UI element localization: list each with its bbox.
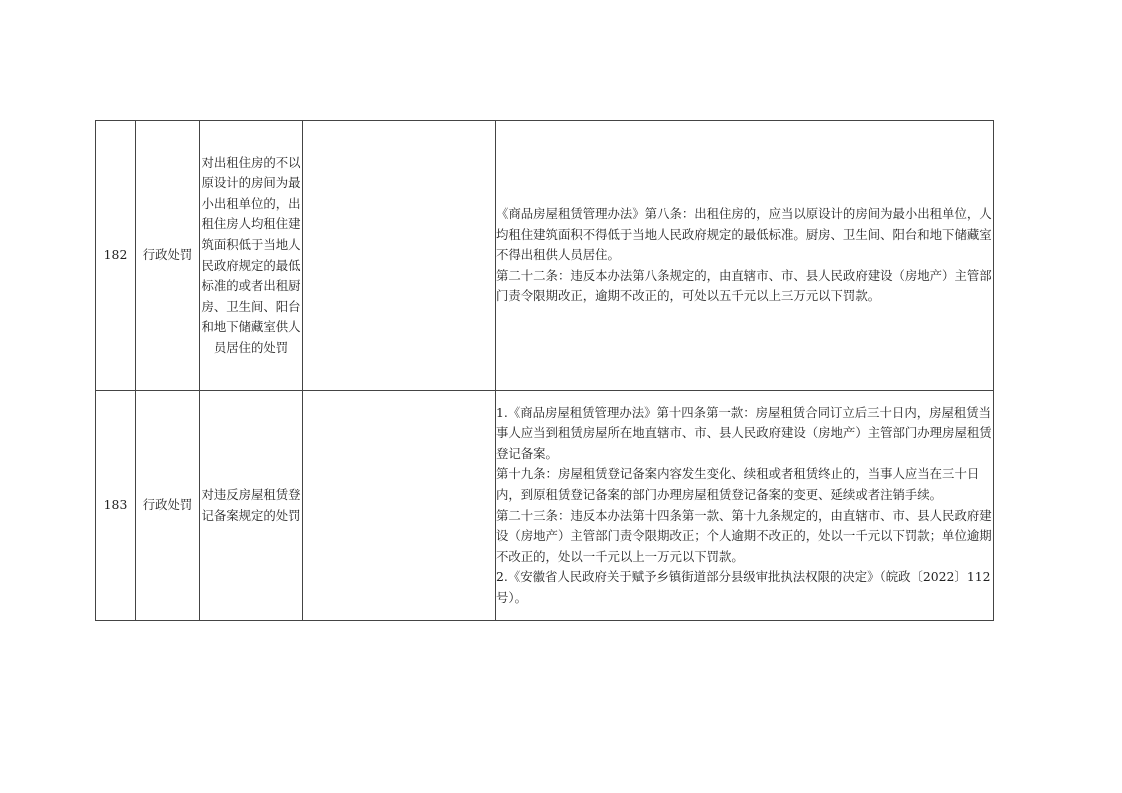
basis-paragraph: 2.《安徽省人民政府关于赋予乡镇街道部分县级审批执法权限的决定》（皖政〔2022…: [496, 567, 993, 608]
basis-paragraph: 第十九条：房屋租赁登记备案内容发生变化、续租或者租赁终止的，当事人应当在三十日内…: [496, 464, 993, 505]
basis-paragraph: 1.《商品房屋租赁管理办法》第十四条第一款：房屋租赁合同订立后三十日内，房屋租赁…: [496, 403, 993, 465]
power-list-table: 182 行政处罚 对出租住房的不以原设计的房间为最小出租单位的，出租住房人均租住…: [95, 120, 994, 621]
power-type: 行政处罚: [136, 391, 200, 621]
basis-paragraph: 第二十二条：违反本办法第八条规定的，由直辖市、市、县人民政府建设（房地产）主管部…: [496, 266, 993, 307]
legal-basis: 1.《商品房屋租赁管理办法》第十四条第一款：房屋租赁合同订立后三十日内，房屋租赁…: [496, 391, 994, 621]
power-item-name: 对出租住房的不以原设计的房间为最小出租单位的，出租住房人均租住建筑面积低于当地人…: [200, 121, 303, 391]
sub-item-cell: [303, 121, 496, 391]
power-type: 行政处罚: [136, 121, 200, 391]
sub-item-cell: [303, 391, 496, 621]
power-item-name: 对违反房屋租赁登记备案规定的处罚: [200, 391, 303, 621]
row-number: 183: [96, 391, 136, 621]
row-number: 182: [96, 121, 136, 391]
legal-basis: 《商品房屋租赁管理办法》第八条：出租住房的，应当以原设计的房间为最小出租单位，人…: [496, 121, 994, 391]
table-row-182: 182 行政处罚 对出租住房的不以原设计的房间为最小出租单位的，出租住房人均租住…: [96, 121, 994, 391]
basis-paragraph: 第二十三条：违反本办法第十四条第一款、第十九条规定的，由直辖市、市、县人民政府建…: [496, 506, 993, 568]
table-row-183: 183 行政处罚 对违反房屋租赁登记备案规定的处罚 1.《商品房屋租赁管理办法》…: [96, 391, 994, 621]
basis-paragraph: 《商品房屋租赁管理办法》第八条：出租住房的，应当以原设计的房间为最小出租单位，人…: [496, 204, 993, 266]
